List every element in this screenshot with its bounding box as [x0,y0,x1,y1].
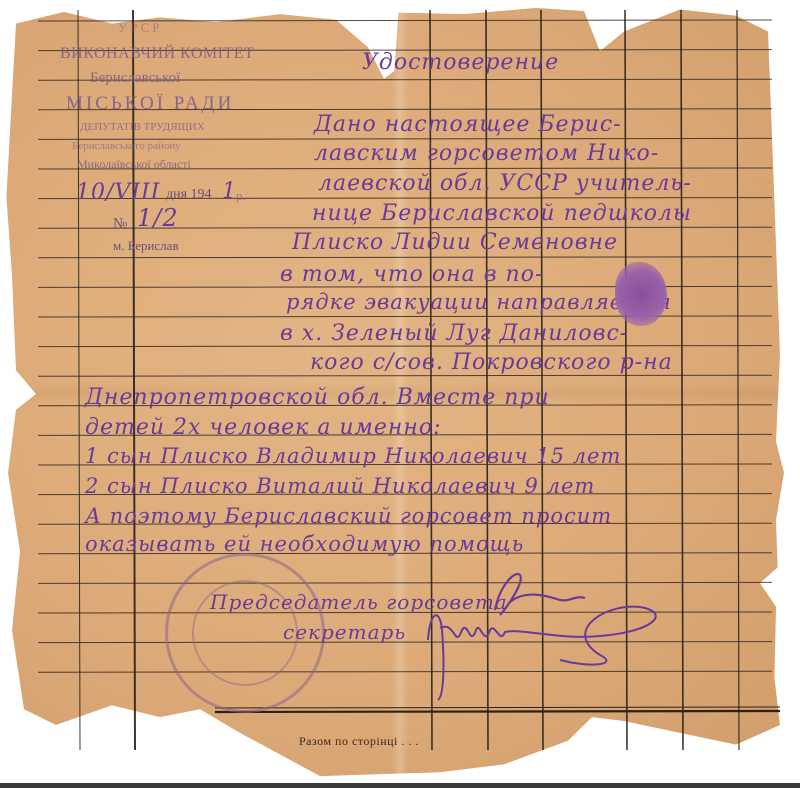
scan-bottom-edge [0,783,800,788]
chairman-signature [495,574,585,615]
signatures-scribble [0,0,800,788]
scanned-document: УРСР ВИКОНАВЧИЙ КОМІТЕТ Бериславської МІ… [0,0,800,788]
page-total-label: Разом по сторінці . . . [299,734,419,749]
secretary-signature [428,607,656,700]
